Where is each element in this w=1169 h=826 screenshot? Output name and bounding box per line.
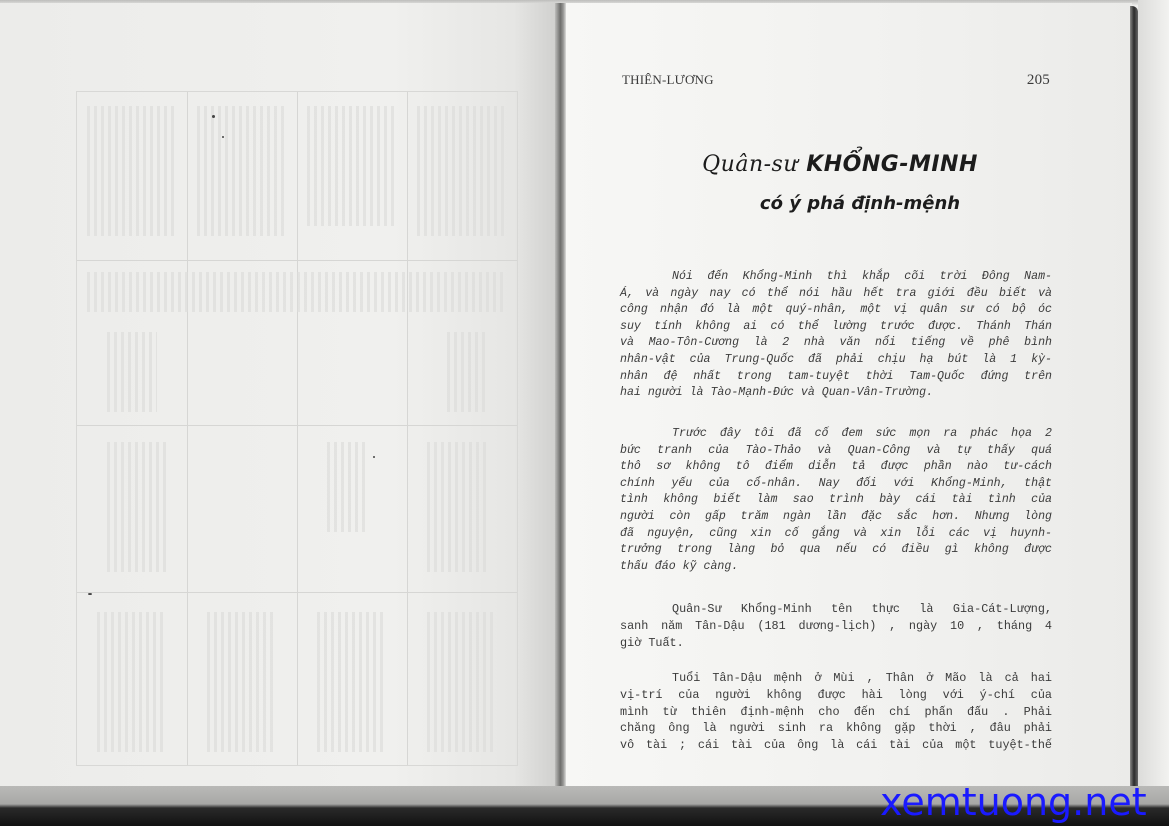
table-divider <box>187 92 188 765</box>
ghost-text <box>197 106 287 236</box>
page-edge <box>1130 6 1138 791</box>
ghost-text <box>447 332 487 412</box>
title-line-1: Quân-sư KHỔNG-MINH <box>702 152 978 177</box>
text-line: vị-trí của người không được hài lòng với… <box>620 687 1052 704</box>
table-divider <box>77 592 517 593</box>
ghost-text <box>87 106 177 236</box>
paragraph-4: Tuổi Tân-Dậu mệnh ở Mùi , Thân ở Mão là … <box>620 670 1052 754</box>
page-number: 205 <box>1027 72 1050 89</box>
paragraph-1: Nói đến Khổng-Minh thì khắp cõi trời Đôn… <box>620 269 1052 402</box>
text-line: giờ Tuất. <box>620 635 1052 652</box>
ghost-text <box>417 106 507 236</box>
text-line: mình từ thiên định-mệnh cho đến chí phấn… <box>620 704 1052 721</box>
ghost-text <box>87 272 507 312</box>
text-line: nhân đệ nhất trong tam-tuyệt thời Tam-Qu… <box>620 369 1052 386</box>
text-line: Tuổi Tân-Dậu mệnh ở Mùi , Thân ở Mão là … <box>620 670 1052 687</box>
text-line: đã nguyện, cũng xin cố gắng và xin lỗi c… <box>620 526 1052 543</box>
left-page <box>0 3 558 787</box>
text-line: Trước đây tôi đã cố đem sức mọn ra phác … <box>620 426 1052 443</box>
text-line: và Mao-Tôn-Cương là 2 nhà văn nổi tiếng … <box>620 335 1052 352</box>
text-line: thấu đáo kỹ càng. <box>620 559 1052 576</box>
text-line: bức tranh của Tào-Thảo và Quan-Công và t… <box>620 443 1052 460</box>
text-line: Á, và ngày nay có thể nói hầu hết tra gi… <box>620 286 1052 303</box>
text-line: trưởng trong làng bỏ qua nếu có điều gì … <box>620 542 1052 559</box>
chapter-title: Quân-sư KHỔNG-MINH có ý phá định-mệnh <box>600 152 1080 214</box>
text-line: nhân-vật của Trung-Quốc đã phải chịu hạ … <box>620 352 1052 369</box>
text-line: suy tính không ai có thể lường trước đượ… <box>620 319 1052 336</box>
title-bold-part: KHỔNG-MINH <box>806 152 978 177</box>
text-line: vô tài ; cái tài của ông là cái tài của … <box>620 737 1052 754</box>
ghost-text <box>107 332 157 412</box>
text-line: Nói đến Khổng-Minh thì khắp cõi trời Đôn… <box>620 269 1052 286</box>
table-divider <box>77 425 517 426</box>
ghost-text <box>107 442 167 572</box>
book-spread: THIÊN-LƯƠNG 205 Quân-sư KHỔNG-MINH có ý … <box>0 0 1169 826</box>
table-divider <box>77 260 517 261</box>
ghost-text <box>307 106 397 226</box>
text-line: thô sơ không tô điểm diễn tả được phần n… <box>620 459 1052 476</box>
text-line: công nhận đó là một quý-nhân, một vị quâ… <box>620 302 1052 319</box>
paragraph-2: Trước đây tôi đã cố đem sức mọn ra phác … <box>620 426 1052 575</box>
watermark: xemtuong.net <box>880 780 1147 824</box>
paragraph-3: Quân-Sư Khổng-Minh tên thực là Gia-Cát-L… <box>620 601 1052 651</box>
ghost-text <box>327 442 367 532</box>
scan-speck <box>212 115 215 118</box>
title-line-2: có ý phá định-mệnh <box>640 193 1080 214</box>
text-line: sanh năm Tân-Dậu (181 dương-lịch) , ngày… <box>620 618 1052 635</box>
ghost-table <box>76 91 518 766</box>
table-divider <box>297 92 298 765</box>
ghost-text <box>427 612 497 752</box>
ghost-text <box>317 612 387 752</box>
ghost-text <box>97 612 167 752</box>
text-line: tình không biết làm sao trình bày cái tà… <box>620 492 1052 509</box>
text-line: chính yếu của cổ-nhân. Nay đối với Khổng… <box>620 476 1052 493</box>
table-divider <box>407 92 408 765</box>
ghost-text <box>427 442 487 572</box>
running-header: THIÊN-LƯƠNG 205 <box>622 72 1050 88</box>
scan-speck <box>373 456 375 458</box>
scan-margin <box>1138 0 1169 790</box>
ghost-text <box>207 612 277 752</box>
text-line: Quân-Sư Khổng-Minh tên thực là Gia-Cát-L… <box>620 601 1052 618</box>
text-line: hai người là Tào-Mạnh-Đức và Quan-Vân-Tr… <box>620 385 1052 402</box>
scan-speck <box>222 136 224 138</box>
text-line: người còn gấp trăm ngàn lần đặc sắc hơn.… <box>620 509 1052 526</box>
text-line: chăng ông là người sinh ra không gặp thờ… <box>620 720 1052 737</box>
scan-speck <box>88 593 92 595</box>
running-head-title: THIÊN-LƯƠNG <box>622 72 714 87</box>
title-script-part: Quân-sư <box>702 152 798 177</box>
